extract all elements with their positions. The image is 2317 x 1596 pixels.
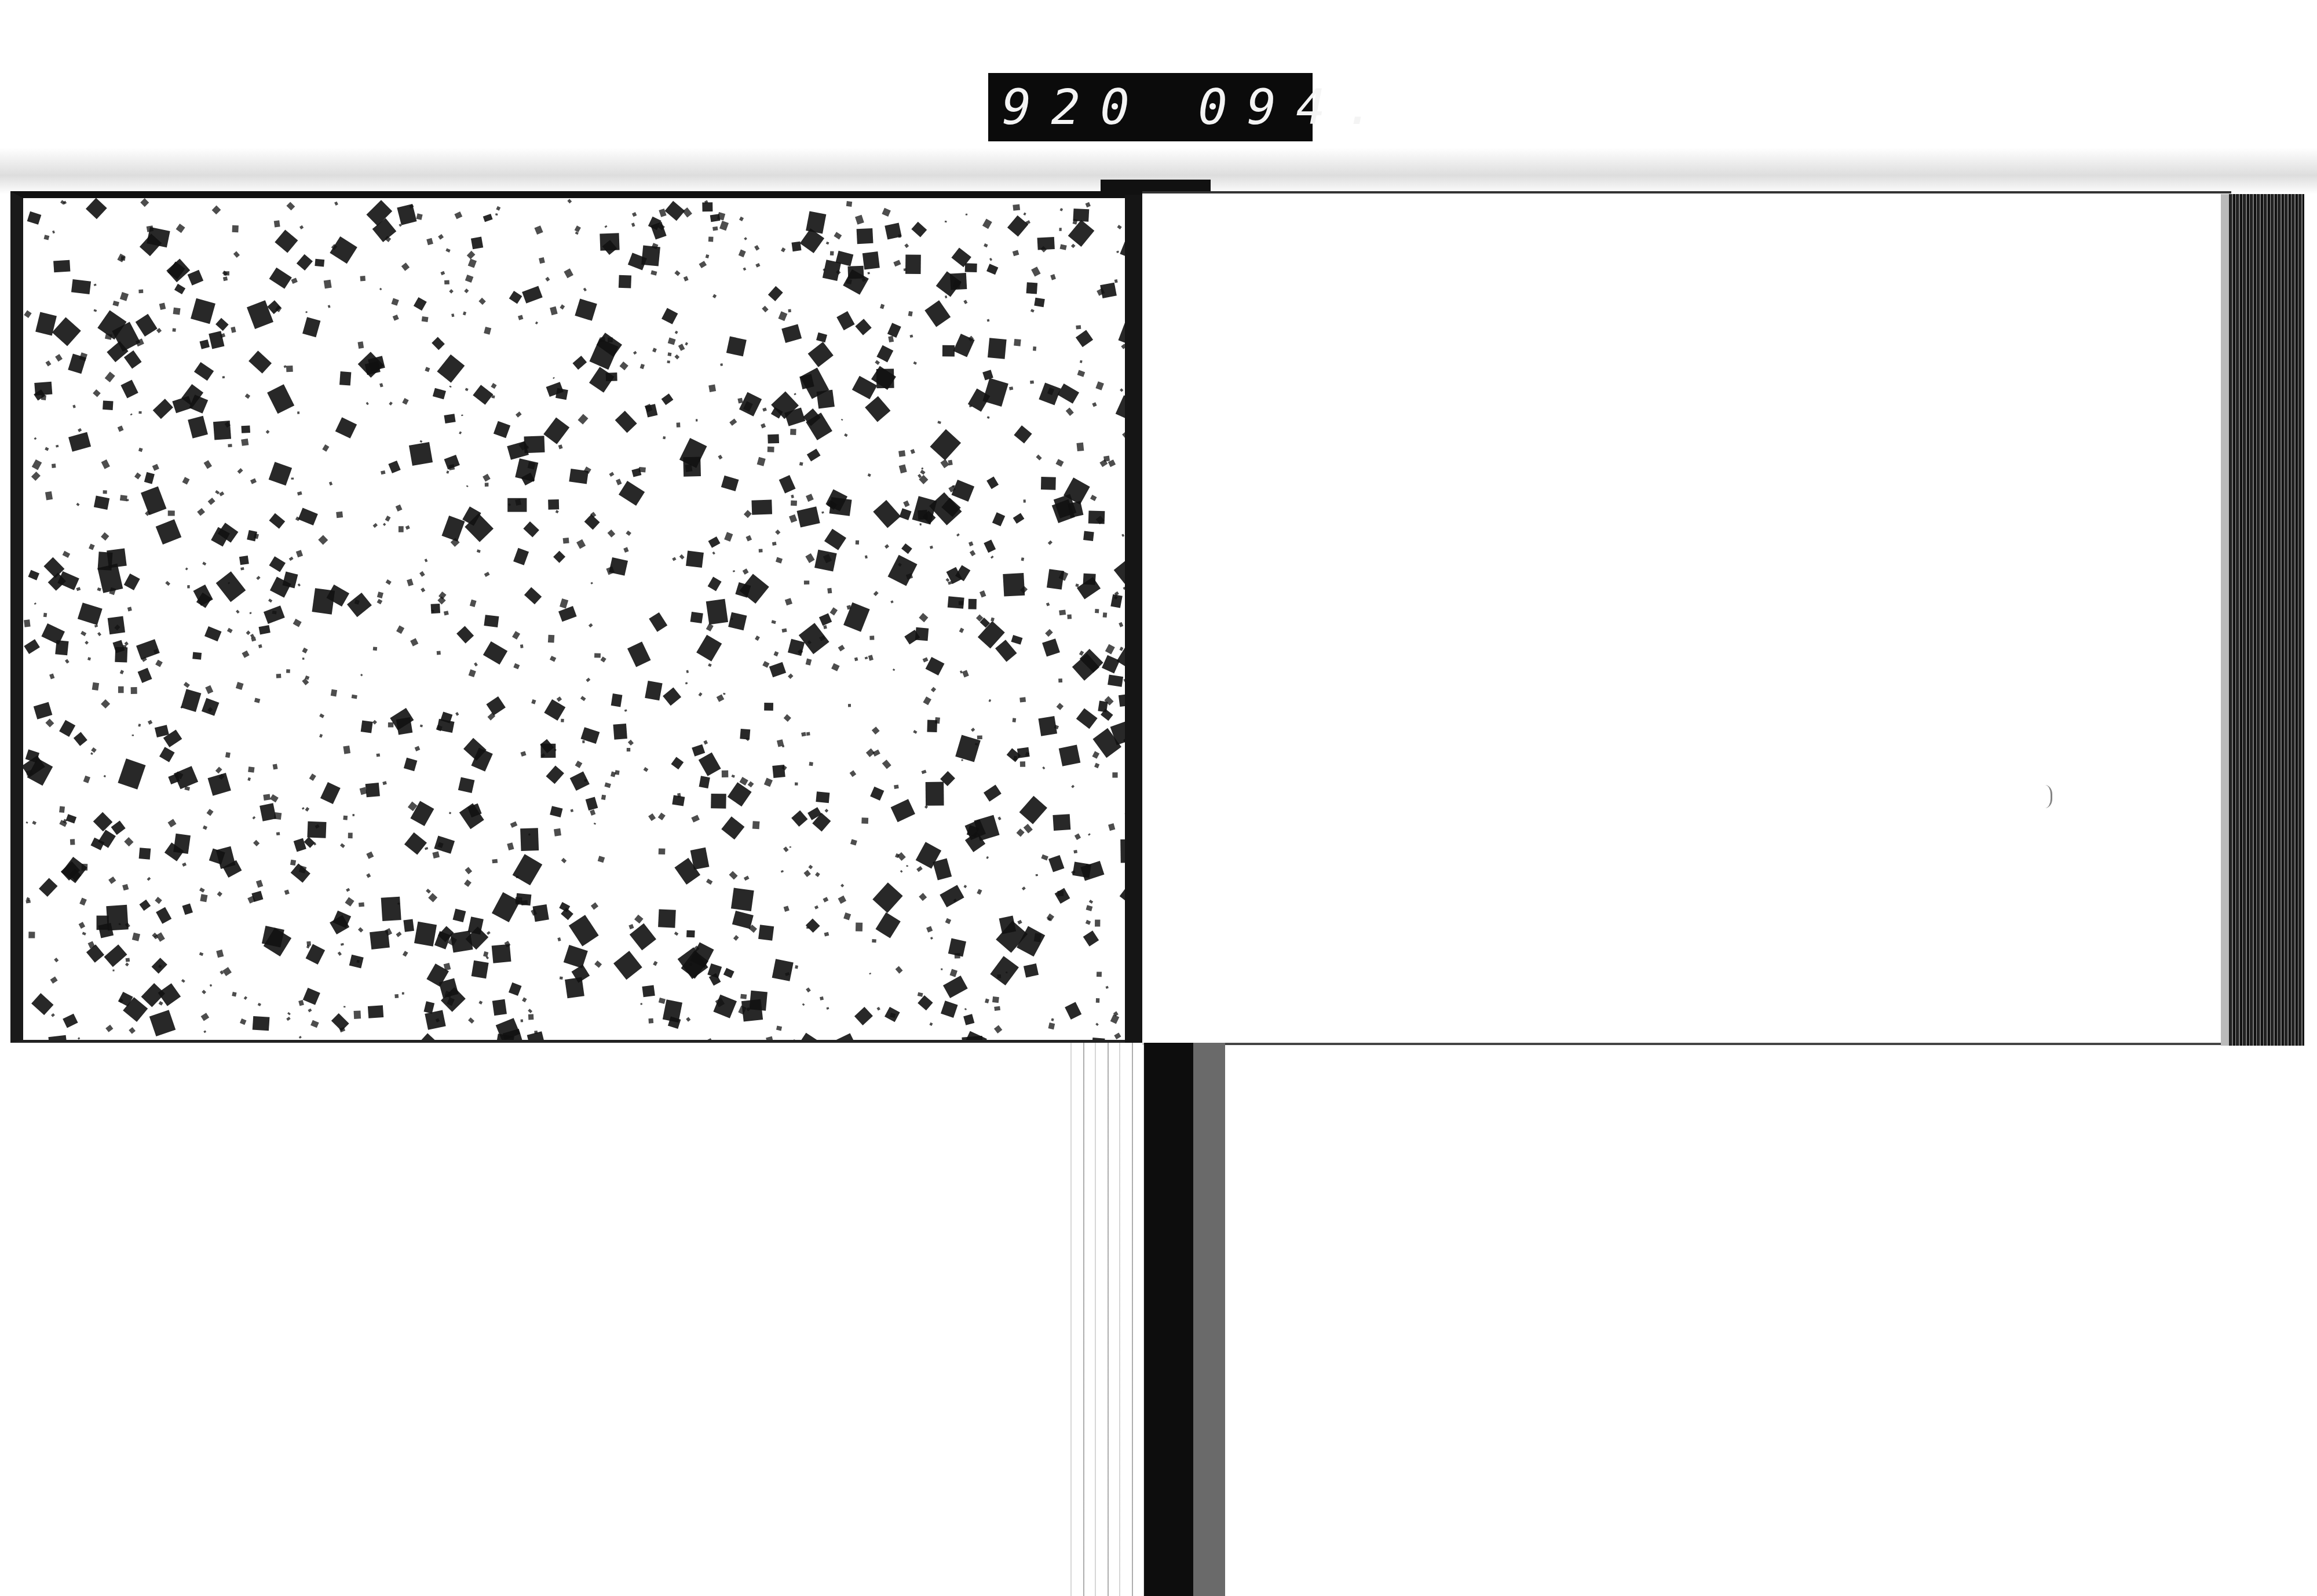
left-endpaper: 国文学研究資料館 28254 昭和51年12月3日 (10, 191, 1132, 1043)
page-edges-stack (2229, 194, 2304, 1046)
film-reel-label: 920 094. (988, 73, 1313, 141)
spine-dark-band (1144, 1043, 1193, 1596)
page-smudge (2034, 785, 2052, 808)
right-blank-page (1142, 191, 2231, 1045)
book-spine (1060, 1043, 1234, 1596)
spine-light-area (1060, 1043, 1147, 1596)
marbled-pattern (23, 198, 1132, 1043)
spine-mid-band (1193, 1043, 1225, 1596)
book-gutter (1125, 191, 1142, 1043)
